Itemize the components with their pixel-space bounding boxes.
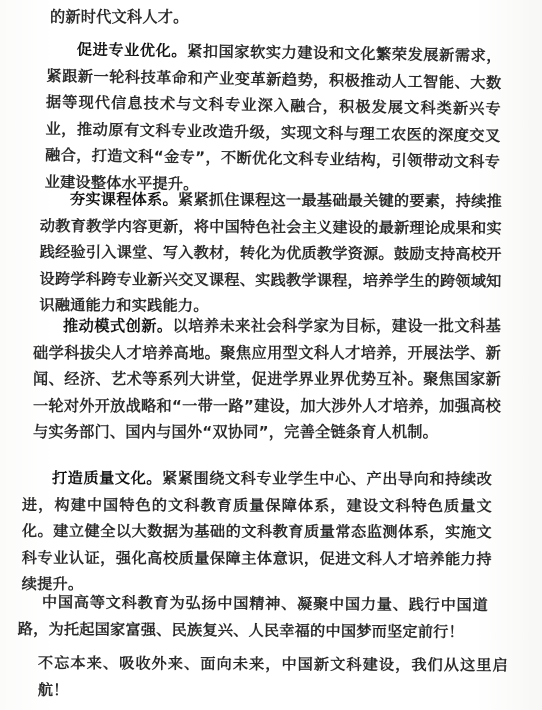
paragraph-body: 以培养未来社会科学家为目标，建设一批文科基础学科拔尖人才培养高地。聚焦应用型文科… [33,317,501,441]
paragraph-closing-statement: 中国高等文科教育为弘扬中国精神、凝聚中国力量、践行中国道路，为托起国家富强、民族… [18,589,488,645]
paragraph-final-slogan: 不忘本来、吸收外来、面向未来，中国新文科建设，我们从这里启航！ [38,650,508,705]
paragraph-body: 紧紧抓住课程这一最基础最关键的要素，持续推动教育教学内容更新，将中国特色社会主义… [39,191,502,315]
paragraph-continuation: 的新时代文科人才。 [50,4,520,31]
document-page: 的新时代文科人才。 促进专业优化。紧扣国家软实力建设和文化繁荣发展新需求，紧跟新… [0,0,542,710]
paragraph-quality-culture: 打造质量文化。紧紧围绕文科专业学生中心、产出导向和持续改进，构建中国特色的文科教… [22,465,492,599]
paragraph-heading: 打造质量文化。 [52,469,162,487]
paragraph-body: 紧紧围绕文科专业学生中心、产出导向和持续改进，构建中国特色的文科教育质量保障体系… [22,469,492,593]
paragraph-curriculum-system: 夯实课程体系。紧紧抓住课程这一最基础最关键的要素，持续推动教育教学内容更新，将中… [39,186,502,321]
paragraph-body: 不忘本来、吸收外来、面向未来，中国新文科建设，我们从这里启航！ [38,654,508,699]
paragraph-heading: 促进专业优化。 [77,40,188,60]
paragraph-major-optimization: 促进专业优化。紧扣国家软实力建设和文化繁荣发展新需求，紧跟新一轮科技革命和产业变… [45,36,502,202]
paragraph-body: 的新时代文科人才。 [50,8,189,26]
paragraph-body: 中国高等文科教育为弘扬中国精神、凝聚中国力量、践行中国道路，为托起国家富强、民族… [18,593,488,640]
paragraph-heading: 夯实课程体系。 [70,190,178,209]
paragraph-body: 紧扣国家软实力建设和文化繁荣发展新需求，紧跟新一轮科技革命和产业变革新趋势，积极… [45,42,502,193]
paragraph-model-innovation: 推动模式创新。以培养未来社会科学家为目标，建设一批文科基础学科拔尖人才培养高地。… [33,313,501,446]
paragraph-heading: 推动模式创新。 [63,317,173,335]
